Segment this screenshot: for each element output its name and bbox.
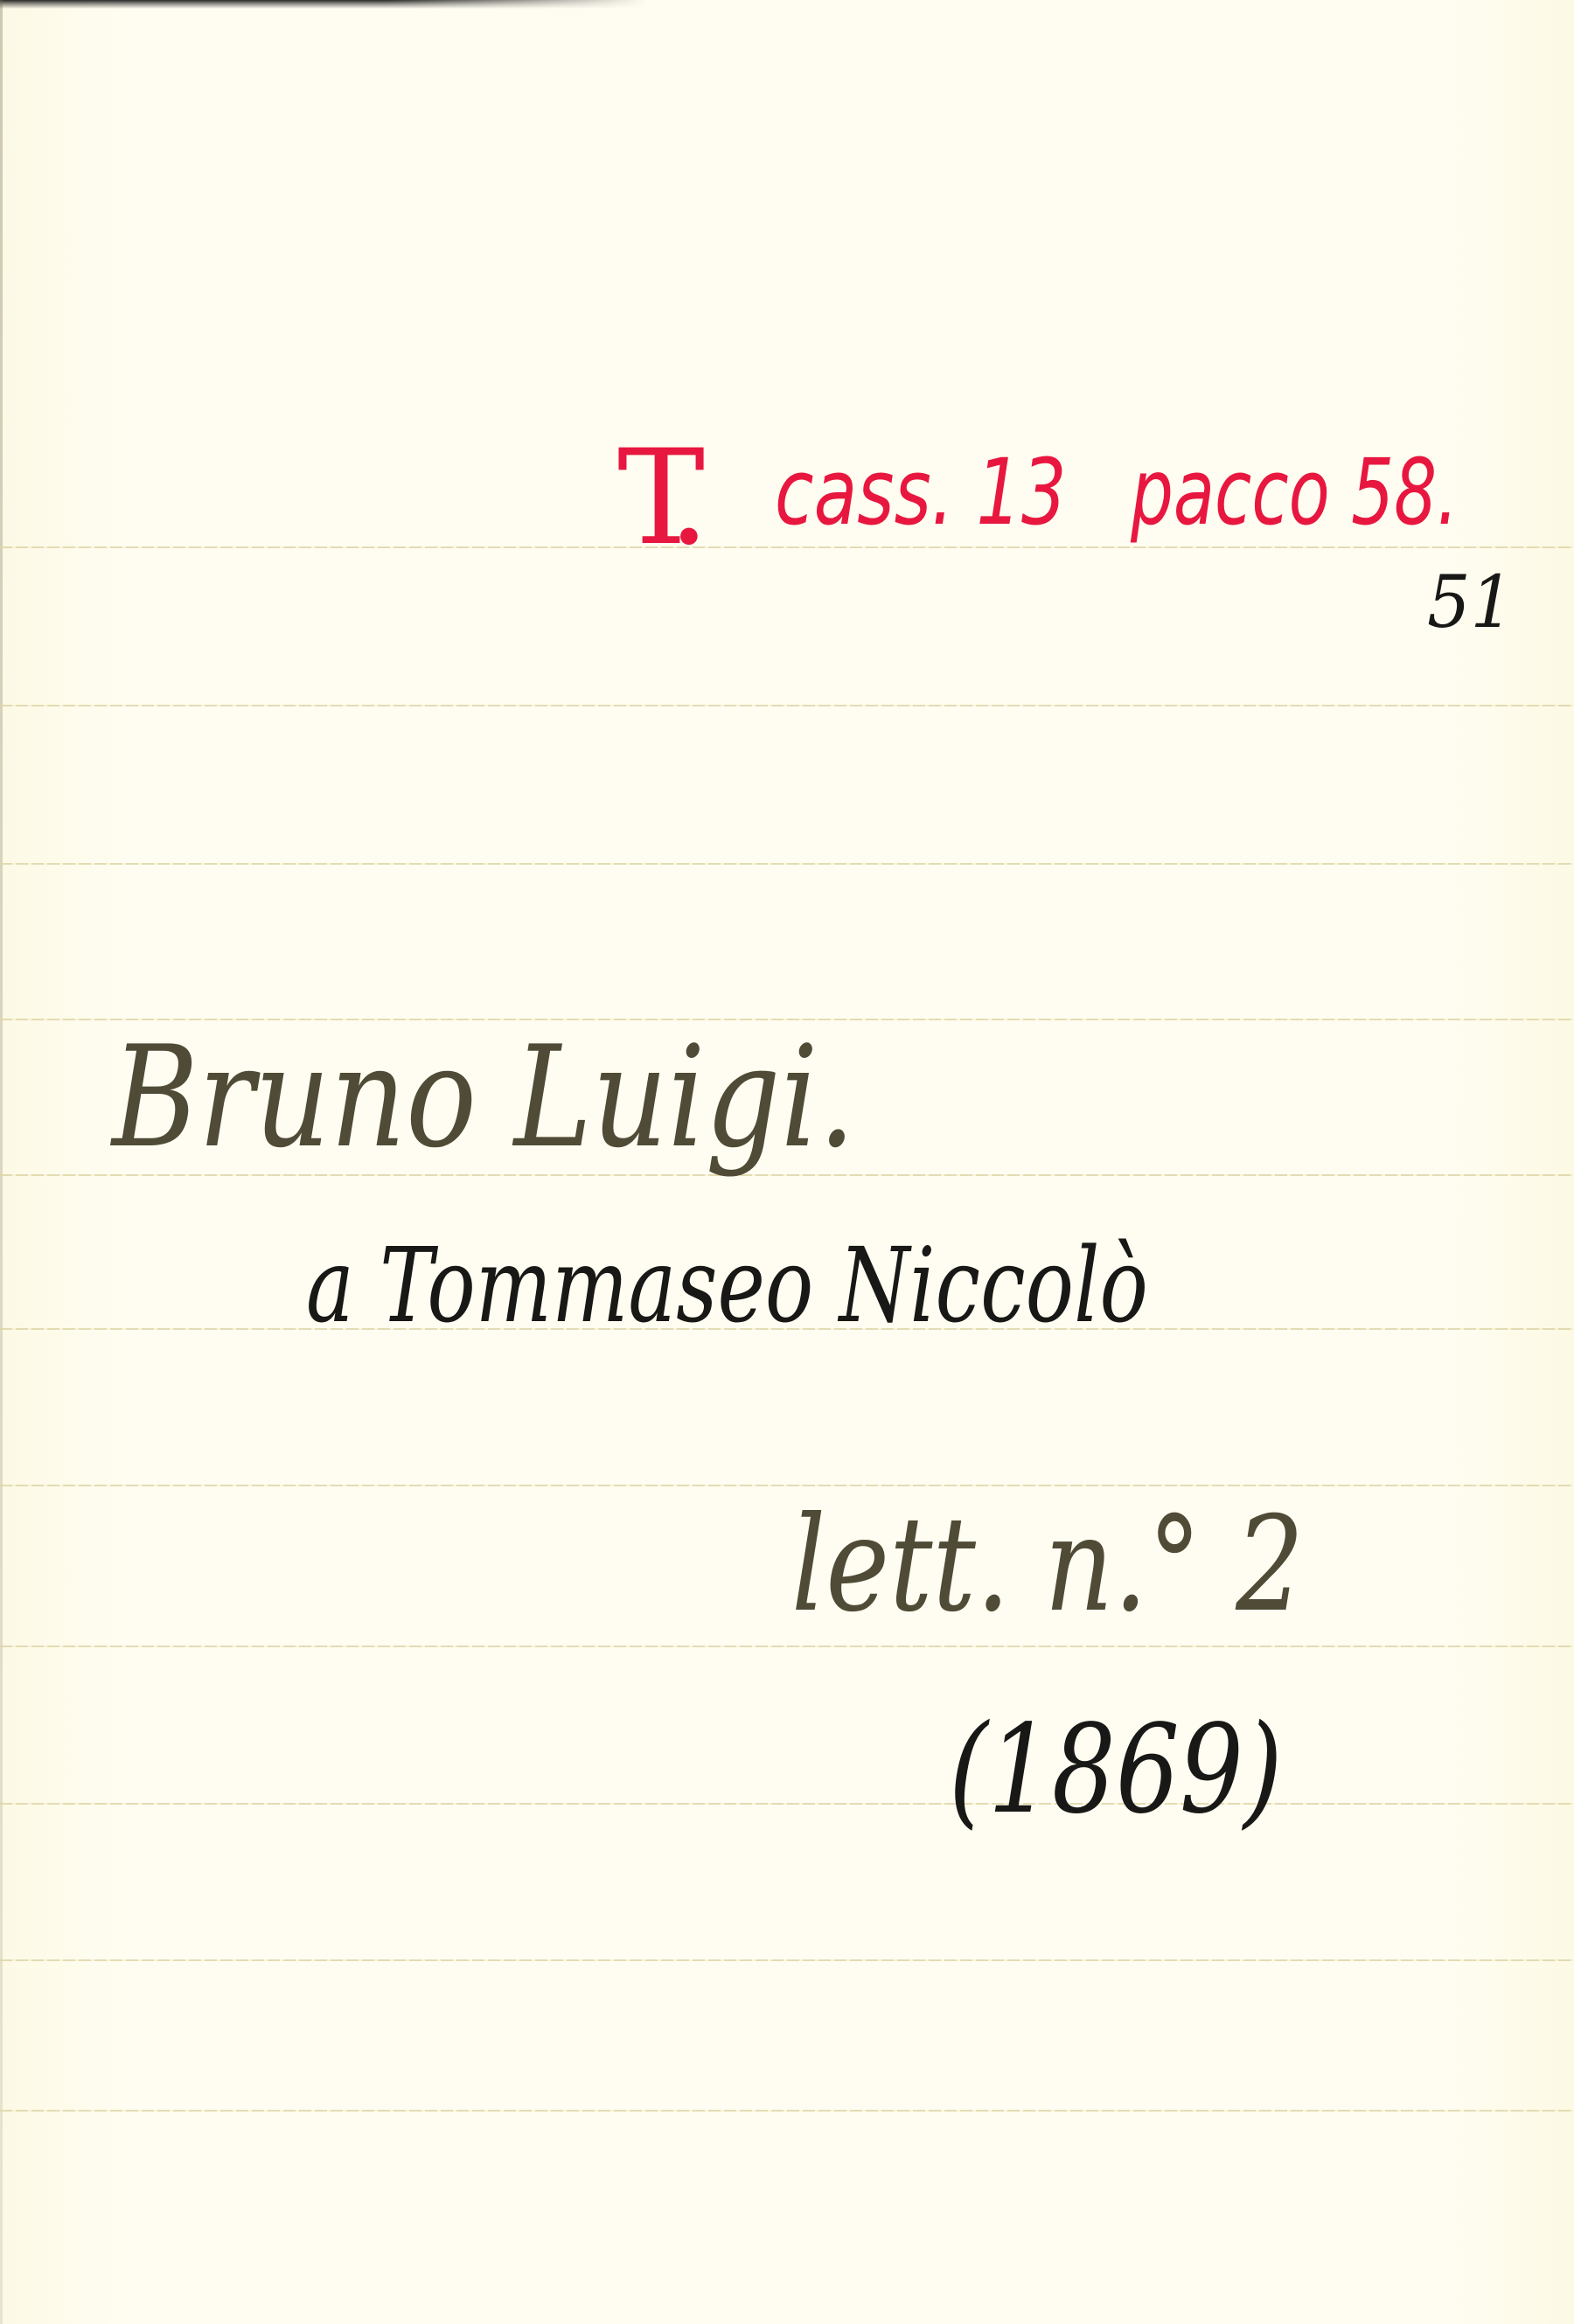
series-letter: T. bbox=[617, 437, 693, 560]
letter-count: lett. n.° 2 bbox=[791, 1491, 1304, 1639]
bundle-number: pacco 58. bbox=[1131, 444, 1459, 540]
ruled-line bbox=[0, 1485, 1574, 1486]
recipient-name: a Tommaseo Niccolò bbox=[306, 1231, 1148, 1340]
ruled-line bbox=[0, 705, 1574, 706]
scan-shadow bbox=[0, 0, 647, 9]
ruled-line bbox=[0, 2110, 1574, 2112]
author-name: Bruno Luigi. bbox=[112, 1023, 855, 1172]
letter-year: (1869) bbox=[949, 1701, 1283, 1840]
ruled-line bbox=[0, 1959, 1574, 1961]
card-left-edge bbox=[0, 0, 3, 2324]
ruled-line bbox=[0, 1803, 1574, 1805]
index-card: T. cass. 13 pacco 58. 51 Bruno Luigi. a … bbox=[0, 0, 1574, 2324]
box-number: cass. 13 bbox=[775, 444, 1067, 540]
item-number: 51 bbox=[1427, 564, 1514, 643]
ruled-line bbox=[0, 1646, 1574, 1647]
ruled-line bbox=[0, 863, 1574, 865]
ruled-line bbox=[0, 546, 1574, 548]
